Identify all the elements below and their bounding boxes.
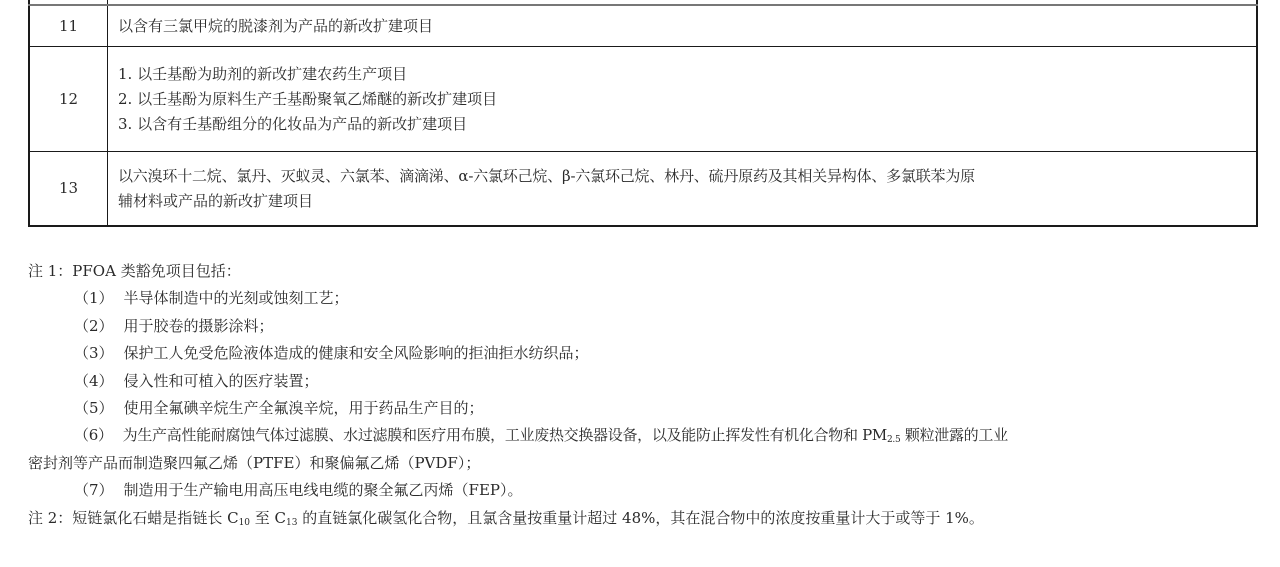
- description-line: 辅材料或产品的新改扩建项目: [118, 189, 1250, 214]
- item-text: 使用全氟碘辛烷生产全氟溴辛烷，用于药品生产目的；: [124, 399, 484, 417]
- item-text: 颗粒泄露的工业: [900, 426, 1007, 444]
- description-line: 2. 以壬基酚为原料生产壬基酚聚氧乙烯醚的新改扩建项目: [118, 87, 1250, 112]
- notes-section: 注 1：PFOA 类豁免项目包括： （1）半导体制造中的光刻或蚀刻工艺； （2）…: [28, 258, 1268, 532]
- note-1-item: （7）制造用于生产输电用高压电线电缆的聚全氟乙丙烯（FEP）。: [28, 477, 1268, 504]
- item-index: （3）: [74, 344, 114, 362]
- subscript: 10: [239, 518, 250, 528]
- table-row: 13 以六溴环十二烷、氯丹、灭蚁灵、六氯苯、滴滴涕、α-六氯环己烷、β-六氯环己…: [29, 152, 1257, 227]
- item-text: 为生产高性能耐腐蚀气体过滤膜、水过滤膜和医疗用布膜，工业废热交换器设备，以及能防…: [123, 426, 887, 444]
- row-description: 以六溴环十二烷、氯丹、灭蚁灵、六氯苯、滴滴涕、α-六氯环己烷、β-六氯环己烷、林…: [108, 152, 1258, 227]
- note-2-text: 的直链氯化碳氢化合物，且氯含量按重量计超过 48%，其在混合物中的浓度按重量计大…: [297, 509, 983, 527]
- description-line: 以六溴环十二烷、氯丹、灭蚁灵、六氯苯、滴滴涕、α-六氯环己烷、β-六氯环己烷、林…: [118, 164, 1250, 189]
- row-number: 13: [29, 152, 108, 227]
- item-index: （1）: [74, 289, 114, 307]
- item-text: 制造用于生产输电用高压电线电缆的聚全氟乙丙烯（FEP）。: [124, 481, 523, 499]
- note-2-text: 至 C: [250, 509, 286, 527]
- note-1-title: 注 1：PFOA 类豁免项目包括：: [28, 258, 1268, 285]
- description-line: 以含有三氯甲烷的脱漆剂为产品的新改扩建项目: [118, 14, 1250, 39]
- note-1-item: （2）用于胶卷的摄影涂料；: [28, 313, 1268, 340]
- note-1-item: （4）侵入性和可植入的医疗装置；: [28, 368, 1268, 395]
- project-list-table: 11 以含有三氯甲烷的脱漆剂为产品的新改扩建项目 12 1. 以壬基酚为助剂的新…: [28, 0, 1258, 227]
- note-1-item: （5）使用全氟碘辛烷生产全氟溴辛烷，用于药品生产目的；: [28, 395, 1268, 422]
- table-row: 12 1. 以壬基酚为助剂的新改扩建农药生产项目 2. 以壬基酚为原料生产壬基酚…: [29, 47, 1257, 152]
- item-text: 侵入性和可植入的医疗装置；: [124, 372, 319, 390]
- note-2-text: 注 2：短链氯化石蜡是指链长 C: [28, 509, 239, 527]
- subscript: 13: [286, 518, 297, 528]
- item-index: （4）: [74, 372, 114, 390]
- item-index: （7）: [74, 481, 114, 499]
- item-index: （6）: [74, 426, 113, 444]
- item-text: 半导体制造中的光刻或蚀刻工艺；: [124, 289, 349, 307]
- item-index: （2）: [74, 317, 114, 335]
- note-2: 注 2：短链氯化石蜡是指链长 C10 至 C13 的直链氯化碳氢化合物，且氯含量…: [28, 505, 1268, 532]
- item-text: 保护工人免受危险液体造成的健康和安全风险影响的拒油拒水纺织品；: [124, 344, 589, 362]
- row-number: 11: [29, 5, 108, 47]
- subscript: 2.5: [887, 435, 900, 445]
- row-description: 1. 以壬基酚为助剂的新改扩建农药生产项目 2. 以壬基酚为原料生产壬基酚聚氧乙…: [108, 47, 1258, 152]
- item-text: 用于胶卷的摄影涂料；: [124, 317, 274, 335]
- item-index: （5）: [74, 399, 114, 417]
- note-1-item: （1）半导体制造中的光刻或蚀刻工艺；: [28, 285, 1268, 312]
- note-1-item-continuation: 密封剂等产品而制造聚四氟乙烯（PTFE）和聚偏氟乙烯（PVDF）；: [28, 450, 1268, 477]
- description-line: 1. 以壬基酚为助剂的新改扩建农药生产项目: [118, 62, 1250, 87]
- note-1-item: （6）为生产高性能耐腐蚀气体过滤膜、水过滤膜和医疗用布膜，工业废热交换器设备，以…: [28, 422, 1268, 449]
- table-row: 11 以含有三氯甲烷的脱漆剂为产品的新改扩建项目: [29, 5, 1257, 47]
- row-number: 12: [29, 47, 108, 152]
- description-line: 3. 以含有壬基酚组分的化妆品为产品的新改扩建项目: [118, 112, 1250, 137]
- row-description: 以含有三氯甲烷的脱漆剂为产品的新改扩建项目: [108, 5, 1258, 47]
- note-1-item: （3）保护工人免受危险液体造成的健康和安全风险影响的拒油拒水纺织品；: [28, 340, 1268, 367]
